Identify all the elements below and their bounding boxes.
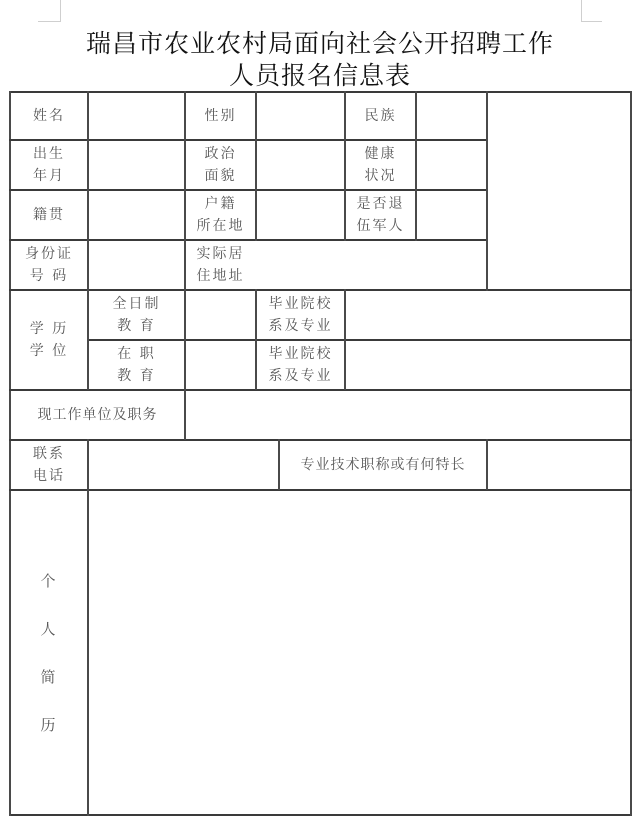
label-ethnicity: 民族 [346,93,415,139]
label-veteran: 是否退 伍军人 [346,191,415,239]
gender-field[interactable] [257,93,344,139]
health-field[interactable] [417,141,486,189]
birth-field[interactable] [89,141,184,189]
photo-area[interactable] [488,93,630,289]
form-title-line1: 瑞昌市农业农村局面向社会公开招聘工作 [0,24,640,60]
crop-mark-left-v [60,0,61,21]
native-place-field[interactable] [89,191,184,239]
form-title-line2: 人员报名信息表 [0,56,640,92]
ethnicity-field[interactable] [417,93,486,139]
name-field[interactable] [89,93,184,139]
label-gender: 性别 [186,93,255,139]
phone-field[interactable] [89,441,278,489]
label-name: 姓名 [11,93,87,139]
label-education: 学 历 学 位 [11,291,87,389]
label-title-skill: 专业技术职称或有何特长 [280,441,486,489]
label-address: 实际居 住地址 [186,241,255,289]
work-unit-field[interactable] [186,391,630,439]
label-fulltime: 全日制 教 育 [89,291,184,339]
label-political: 政治 面貌 [186,141,255,189]
crop-mark-right-h [581,21,602,22]
school-inservice-field[interactable] [346,341,630,389]
crop-mark-left-h [38,21,61,22]
label-work-unit: 现工作单位及职务 [11,391,184,439]
fulltime-degree-field[interactable] [186,291,255,339]
crop-mark-right-v [581,0,582,21]
school-fulltime-field[interactable] [346,291,630,339]
veteran-field[interactable] [417,191,486,239]
label-health: 健康 状况 [346,141,415,189]
label-household: 户籍 所在地 [186,191,255,239]
label-birth: 出生 年月 [11,141,87,189]
resume-field[interactable] [89,491,630,814]
id-number-field[interactable] [89,241,184,289]
label-resume: 个 人 简 历 [11,491,87,814]
title-skill-field[interactable] [488,441,630,489]
label-native-place: 籍贯 [11,191,87,239]
label-inservice: 在 职 教 育 [89,341,184,389]
label-id-number: 身份证 号 码 [11,241,87,289]
household-field[interactable] [257,191,344,239]
label-school-inservice: 毕业院校 系及专业 [257,341,344,389]
label-phone: 联系 电话 [11,441,87,489]
inservice-degree-field[interactable] [186,341,255,389]
political-field[interactable] [257,141,344,189]
address-field[interactable] [257,241,486,289]
label-school-fulltime: 毕业院校 系及专业 [257,291,344,339]
